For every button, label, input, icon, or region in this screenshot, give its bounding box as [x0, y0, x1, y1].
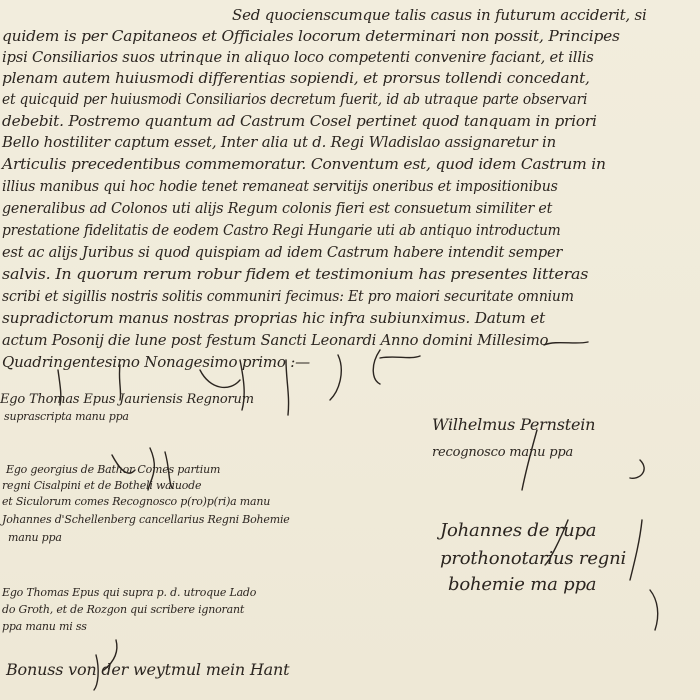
body-line: generalibus ad Colonos uti alijs Regum c… — [2, 197, 552, 219]
body-line: Articulis precedentibus commemoratur. Co… — [2, 153, 606, 175]
body-line: est ac alijs Juribus si quod quispiam ad… — [2, 241, 562, 263]
body-line: illius manibus qui hoc hodie tenet reman… — [2, 175, 558, 197]
signature-line: do Groth, et de Rozgon qui scribere igno… — [2, 603, 244, 616]
signature-line: regni Cisalpini et de Botheli waiuode — [2, 479, 201, 492]
body-line: Bello hostiliter captum esset, Inter ali… — [2, 131, 556, 153]
body-line: supradictorum manus nostras proprias hic… — [2, 307, 545, 329]
signature-line: Johannes de rupa — [440, 520, 596, 541]
body-line: quidem is per Capitaneos et Officiales l… — [2, 25, 620, 47]
signature-line: Wilhelmus Pernstein — [432, 415, 595, 434]
signature-line: Ego Thomas Epus Jauriensis Regnorum — [0, 392, 254, 407]
body-line: scribi et sigillis nostris solitis commu… — [2, 285, 574, 307]
body-line: prestatione fidelitatis de eodem Castro … — [2, 219, 561, 241]
signature-line: manu ppa — [8, 531, 62, 544]
signature-line: Johannes d'Schellenberg cancellarius Reg… — [2, 513, 290, 526]
body-line: actum Posonij die lune post festum Sanct… — [2, 329, 548, 351]
signature-line: prothonotarius regni — [440, 548, 626, 569]
manuscript-page: Sed quocienscumque talis casus in futuru… — [0, 0, 700, 700]
signature-line: Bonuss von der weytmul mein Hant — [6, 660, 289, 679]
signature-line: et Siculorum comes Recognosco p(ro)p(ri)… — [2, 495, 270, 508]
body-line: salvis. In quorum rerum robur fidem et t… — [2, 263, 588, 285]
body-line: et quicquid per huiusmodi Consiliarios d… — [2, 88, 587, 110]
signature-line: Ego georgius de Bathor Comes partium — [6, 463, 220, 476]
signature-line: bohemie ma ppa — [448, 574, 596, 595]
body-line: Sed quocienscumque talis casus in futuru… — [232, 4, 647, 26]
signature-line: suprascripta manu ppa — [4, 410, 129, 423]
signature-line: Ego Thomas Epus qui supra p. d. utroque … — [2, 586, 256, 599]
body-line: ipsi Consiliarios suos utrinque in aliqu… — [2, 46, 594, 68]
body-line: plenam autem huiusmodi differentias sopi… — [2, 67, 590, 89]
body-line: Quadringentesimo Nonagesimo primo :— — [2, 351, 310, 373]
signature-line: ppa manu mi ss — [2, 620, 87, 633]
signature-line: recognosco manu ppa — [432, 445, 573, 460]
body-line: debebit. Postremo quantum ad Castrum Cos… — [2, 110, 597, 132]
